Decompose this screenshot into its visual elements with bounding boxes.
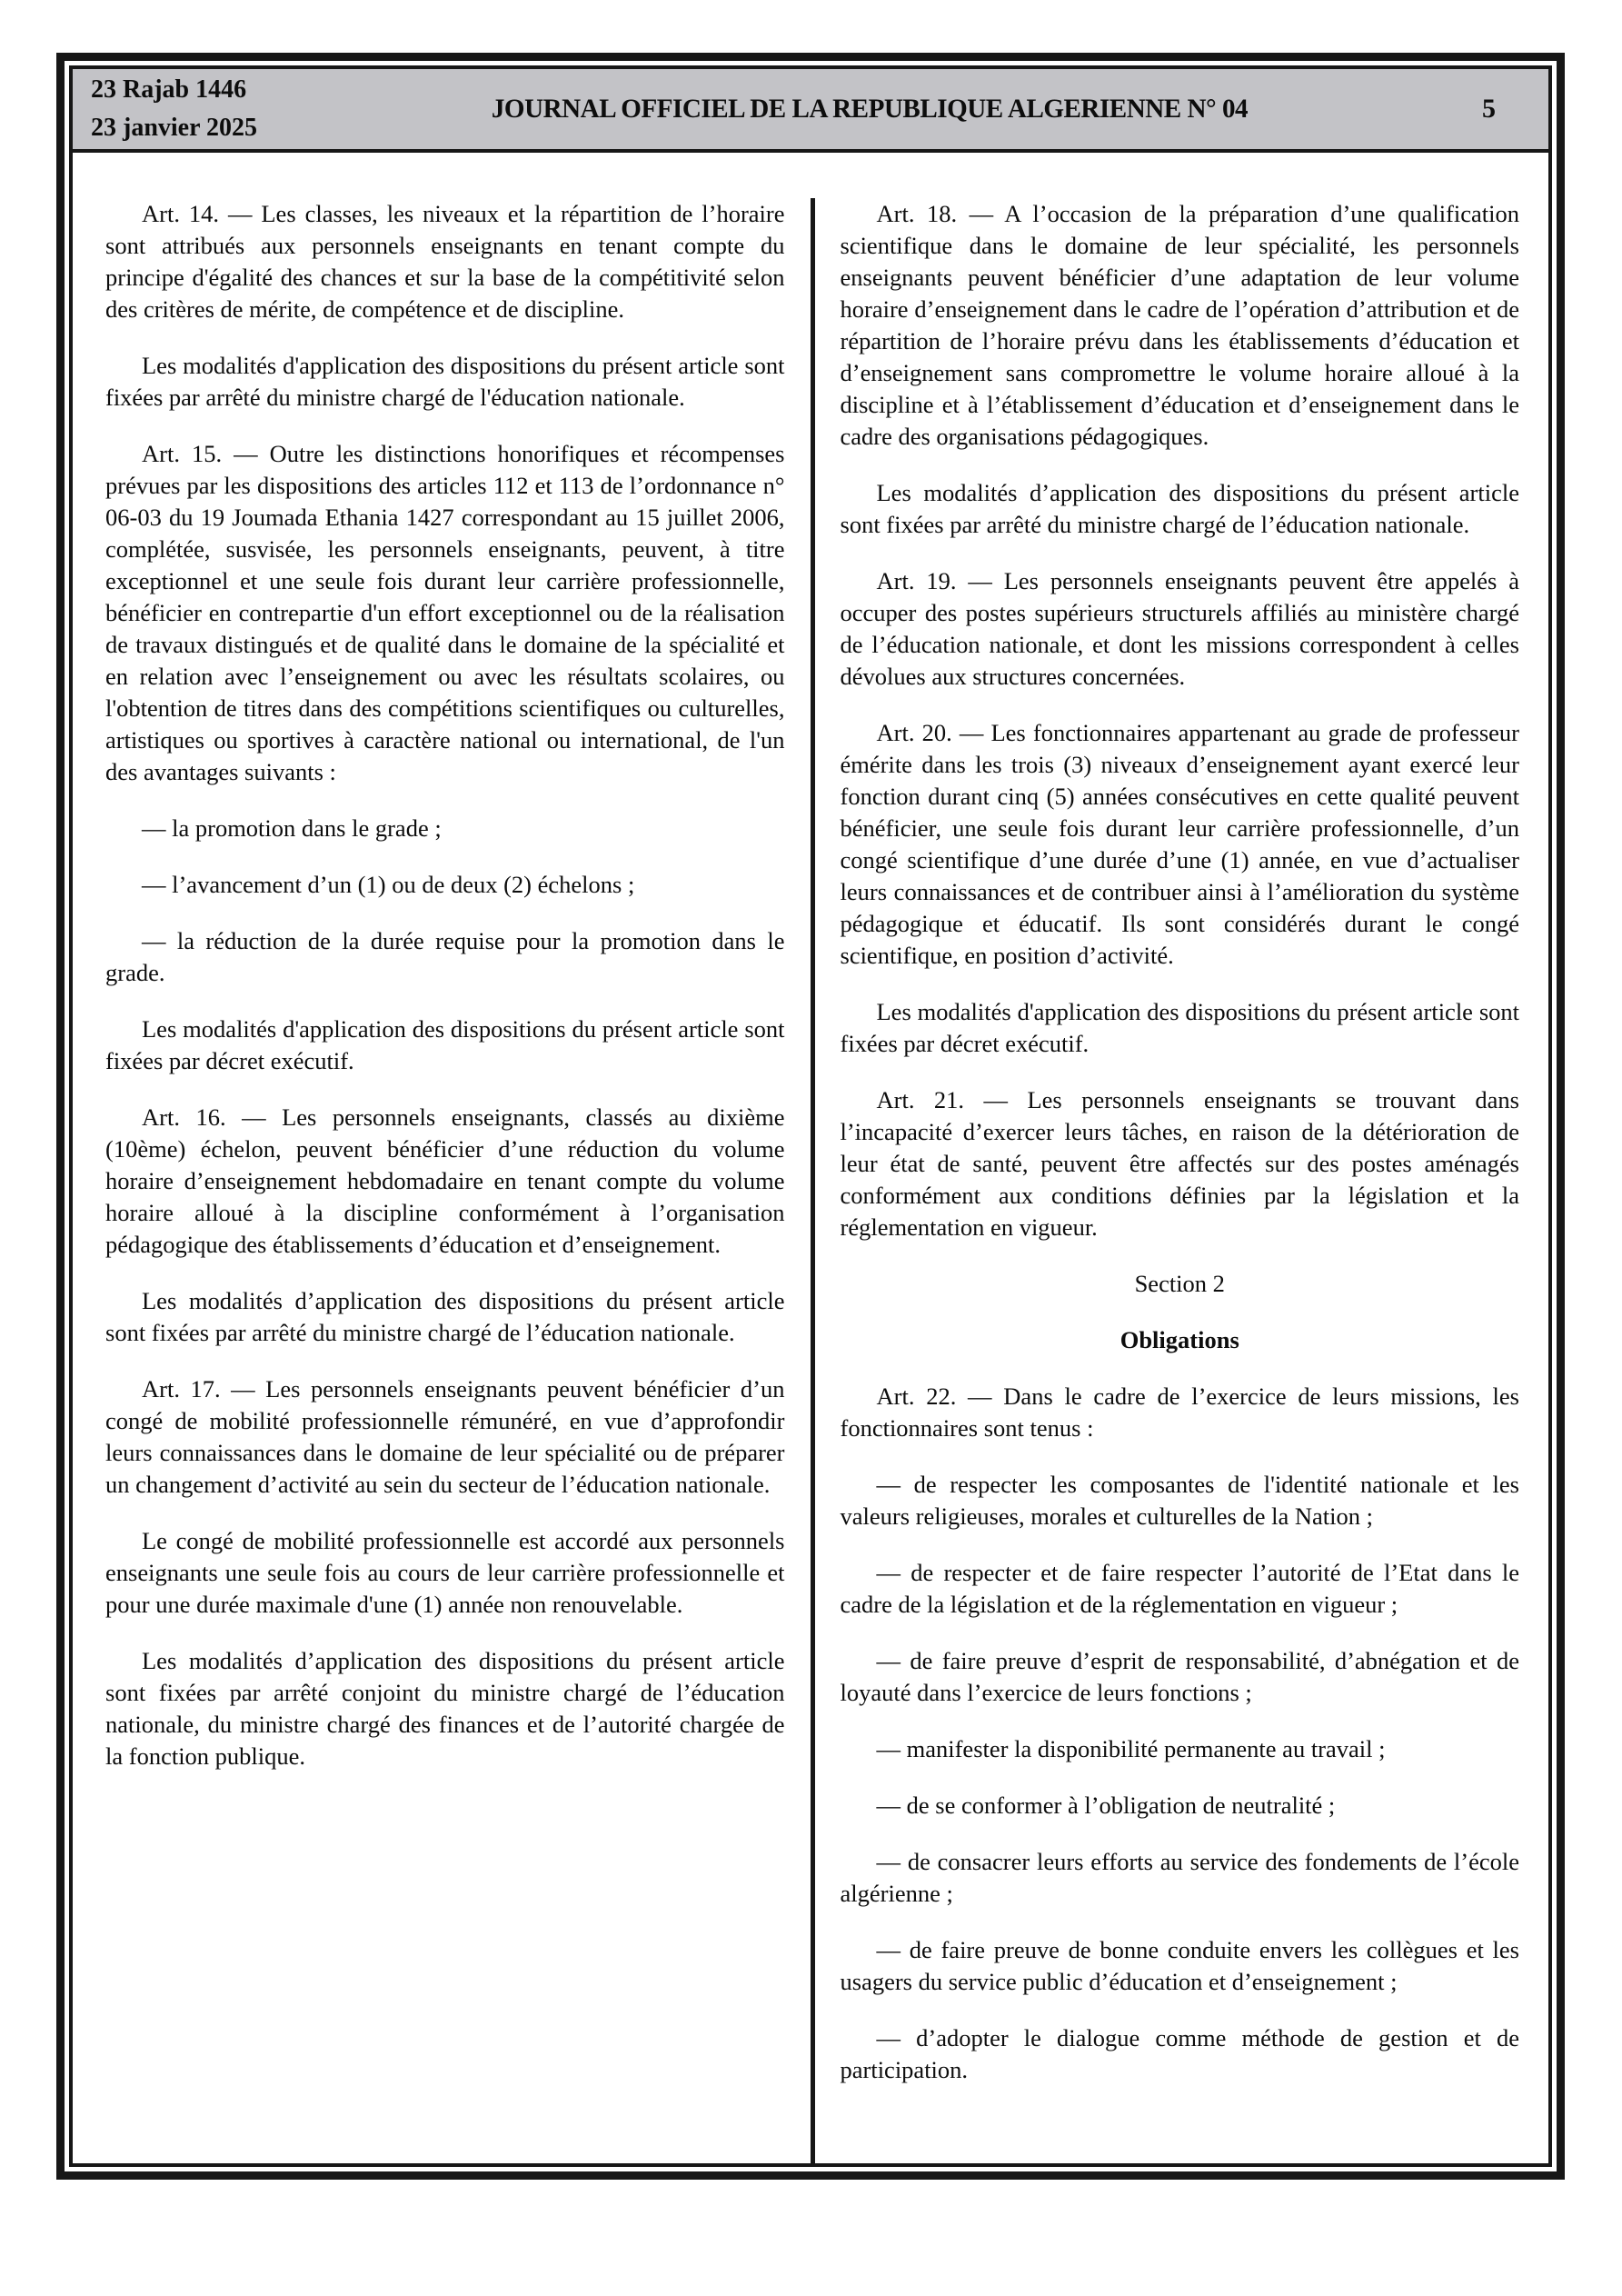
paragraph: Le congé de mobilité professionnelle est… bbox=[105, 1525, 785, 1621]
left-column: Art. 14. — Les classes, les niveaux et l… bbox=[105, 198, 811, 2163]
paragraph: Art. 17. — Les personnels enseignants pe… bbox=[105, 1373, 785, 1501]
paragraph: — d’adopter le dialogue comme méthode de… bbox=[841, 2022, 1520, 2086]
date-hijri: 23 Rajab 1446 bbox=[91, 71, 257, 109]
paragraph: Art. 22. — Dans le cadre de l’exercice d… bbox=[841, 1381, 1520, 1444]
paragraph: — manifester la disponibilité permanente… bbox=[841, 1733, 1520, 1765]
paragraph: Les modalités d'application des disposit… bbox=[105, 1013, 785, 1077]
paragraph: Art. 14. — Les classes, les niveaux et l… bbox=[105, 198, 785, 325]
page-header: 23 Rajab 1446 23 janvier 2025 JOURNAL OF… bbox=[73, 69, 1548, 153]
page-content: Art. 14. — Les classes, les niveaux et l… bbox=[73, 153, 1548, 2163]
journal-title: JOURNAL OFFICIEL DE LA REPUBLIQUE ALGERI… bbox=[275, 94, 1464, 125]
paragraph: Les modalités d'application des disposit… bbox=[841, 996, 1520, 1060]
paragraph: Art. 15. — Outre les distinctions honori… bbox=[105, 438, 785, 788]
paragraph: Art. 20. — Les fonctionnaires appartenan… bbox=[841, 717, 1520, 972]
paragraph: Art. 21. — Les personnels enseignants se… bbox=[841, 1084, 1520, 1243]
paragraph: Art. 19. — Les personnels enseignants pe… bbox=[841, 565, 1520, 693]
page-frame: 23 Rajab 1446 23 janvier 2025 JOURNAL OF… bbox=[56, 53, 1565, 2180]
section-heading: Section 2 bbox=[841, 1268, 1520, 1300]
journal-page: 23 Rajab 1446 23 janvier 2025 JOURNAL OF… bbox=[0, 0, 1622, 2296]
paragraph: — la réduction de la durée requise pour … bbox=[105, 925, 785, 989]
paragraph: Les modalités d'application des disposit… bbox=[105, 350, 785, 414]
paragraph: — de respecter les composantes de l'iden… bbox=[841, 1469, 1520, 1532]
paragraph: — de se conformer à l’obligation de neut… bbox=[841, 1790, 1520, 1822]
right-column: Art. 18. — A l’occasion de la préparatio… bbox=[815, 198, 1520, 2163]
paragraph: — de respecter et de faire respecter l’a… bbox=[841, 1557, 1520, 1621]
paragraph: — de faire preuve d’esprit de responsabi… bbox=[841, 1645, 1520, 1709]
paragraph: Les modalités d’application des disposit… bbox=[841, 477, 1520, 541]
paragraph: Art. 16. — Les personnels enseignants, c… bbox=[105, 1102, 785, 1261]
paragraph: Les modalités d’application des disposit… bbox=[105, 1285, 785, 1349]
paragraph: — la promotion dans le grade ; bbox=[105, 813, 785, 844]
paragraph: Les modalités d’application des disposit… bbox=[105, 1645, 785, 1772]
page-number: 5 bbox=[1482, 94, 1548, 125]
date-block: 23 Rajab 1446 23 janvier 2025 bbox=[73, 71, 257, 147]
paragraph: — l’avancement d’un (1) ou de deux (2) é… bbox=[105, 869, 785, 901]
paragraph: Art. 18. — A l’occasion de la préparatio… bbox=[841, 198, 1520, 453]
section-heading: Obligations bbox=[841, 1324, 1520, 1356]
paragraph: — de faire preuve de bonne conduite enve… bbox=[841, 1934, 1520, 1998]
date-gregorian: 23 janvier 2025 bbox=[91, 109, 257, 147]
paragraph: — de consacrer leurs efforts au service … bbox=[841, 1846, 1520, 1910]
page-frame-inner: 23 Rajab 1446 23 janvier 2025 JOURNAL OF… bbox=[69, 65, 1552, 2167]
